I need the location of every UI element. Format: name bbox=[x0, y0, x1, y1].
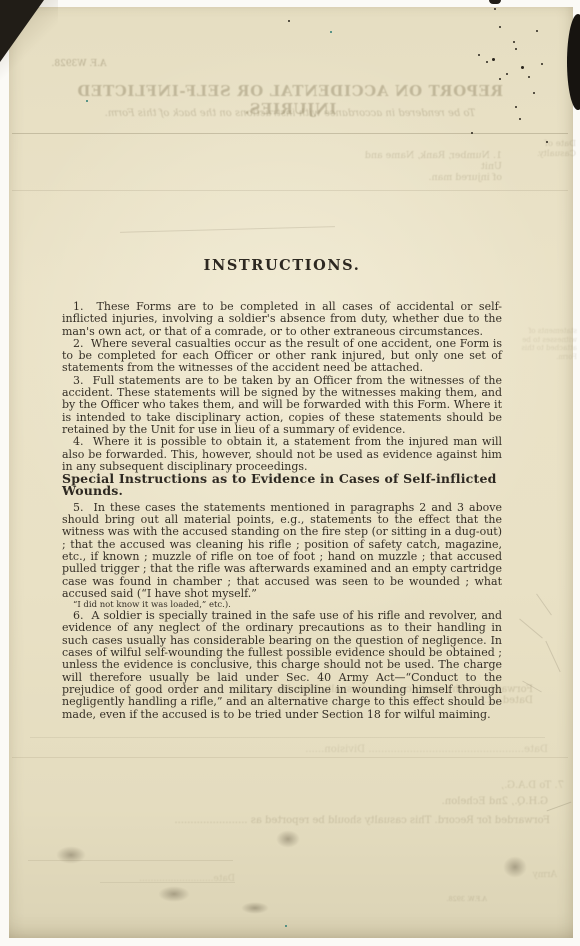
teal-speckle bbox=[330, 31, 332, 33]
paragraph-6: 6. A soldier is specially trained in the… bbox=[62, 610, 502, 721]
paragraph-2: 2. Where several casualties occur as the… bbox=[62, 338, 502, 375]
ink-speckle bbox=[471, 132, 473, 134]
paragraph-1: 1. These Forms are to be completed in al… bbox=[62, 301, 502, 338]
bleedthrough-rule bbox=[12, 757, 568, 758]
ink-speckle bbox=[536, 30, 538, 32]
ink-speckle bbox=[499, 26, 501, 28]
ink-speckle bbox=[499, 78, 501, 80]
ink-speckle bbox=[515, 48, 517, 50]
bleedthrough-rule bbox=[100, 882, 235, 883]
ink-speckle bbox=[533, 92, 535, 94]
bleedthrough-rule bbox=[30, 737, 545, 738]
ink-speckle bbox=[515, 106, 517, 108]
teal-speckle bbox=[86, 100, 88, 102]
ink-speckle bbox=[513, 41, 515, 43]
bleedthrough-rule bbox=[12, 133, 568, 134]
smudge bbox=[158, 886, 190, 902]
smudge bbox=[56, 846, 86, 864]
paragraph-5-main: 5. In these cases the statements mention… bbox=[62, 501, 502, 600]
ink-speckle bbox=[506, 73, 508, 75]
ink-speckle bbox=[486, 61, 488, 63]
ink-speckle bbox=[519, 118, 521, 120]
ink-speckle bbox=[546, 141, 548, 143]
paragraph-3: 3. Full statements are to be taken by an… bbox=[62, 375, 502, 436]
ink-speckle bbox=[492, 58, 495, 61]
bleedthrough-rule bbox=[12, 190, 568, 191]
teal-speckle bbox=[285, 925, 287, 927]
instructions-heading: INSTRUCTIONS. bbox=[62, 257, 502, 274]
instructions-body: 1. These Forms are to be completed in al… bbox=[62, 301, 502, 721]
paragraph-4: 4. Where it is possible to obtain it, a … bbox=[62, 436, 502, 473]
ink-speckle bbox=[288, 20, 290, 22]
ink-speckle bbox=[541, 63, 543, 65]
ink-speckle bbox=[494, 8, 496, 10]
smudge bbox=[503, 856, 527, 878]
ink-speckle bbox=[528, 76, 530, 78]
special-instructions-heading: Special Instructions as to Evidence in C… bbox=[62, 473, 502, 498]
smudge bbox=[276, 830, 300, 848]
scanner-edge-mark bbox=[489, 0, 501, 4]
smudge bbox=[241, 902, 269, 914]
ink-speckle bbox=[521, 66, 524, 69]
paragraph-5: 5. In these cases the statements mention… bbox=[62, 502, 502, 610]
ink-speckle bbox=[478, 54, 480, 56]
document-scan: A.F. W3928. REPORT ON ACCIDENTAL OR SELF… bbox=[0, 0, 580, 946]
